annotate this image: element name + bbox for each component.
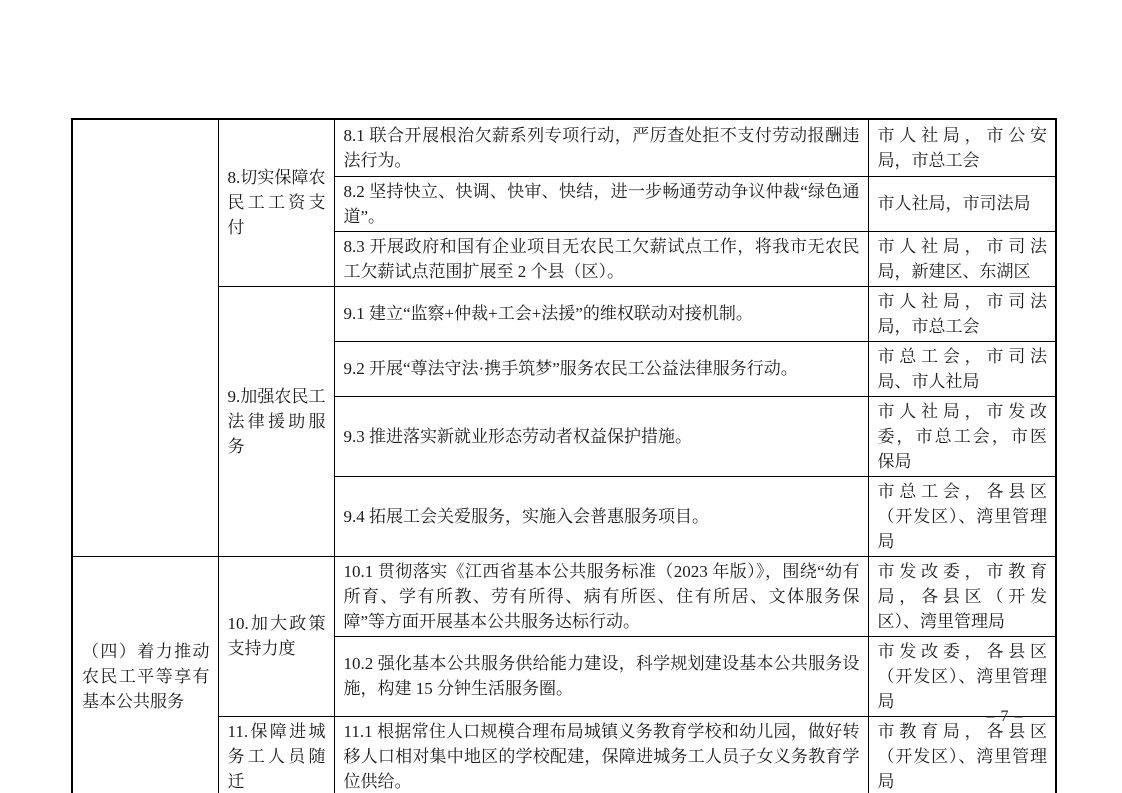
depts-cell-9-2: 市总工会，市司法局、市人社局	[868, 341, 1056, 396]
action-plan-table-container: 8.切实保障农民工工资支付 8.1 联合开展根治欠薪系列专项行动，严厉查处拒不支…	[71, 118, 1057, 793]
task-cell-10: 10.加大政策支持力度	[218, 556, 334, 716]
table-row: 8.切实保障农民工工资支付 8.1 联合开展根治欠薪系列专项行动，严厉查处拒不支…	[72, 119, 1056, 176]
depts-cell-10-2: 市发改委，各县区（开发区）、湾里管理局	[868, 636, 1056, 716]
depts-cell-9-3: 市人社局，市发改委，市总工会，市医保局	[868, 396, 1056, 476]
measure-cell-9-1: 9.1 建立“监察+仲裁+工会+法援”的维权联动对接机制。	[334, 286, 868, 341]
depts-cell-9-1: 市人社局，市司法局，市总工会	[868, 286, 1056, 341]
depts-cell-8-1: 市人社局，市公安局，市总工会	[868, 119, 1056, 176]
measure-cell-8-1: 8.1 联合开展根治欠薪系列专项行动，严厉查处拒不支付劳动报酬违法行为。	[334, 119, 868, 176]
depts-cell-8-3: 市人社局，市司法局，新建区、东湖区	[868, 231, 1056, 286]
action-plan-table: 8.切实保障农民工工资支付 8.1 联合开展根治欠薪系列专项行动，严厉查处拒不支…	[71, 118, 1057, 793]
table-row: 9.加强农民工法律援助服务 9.1 建立“监察+仲裁+工会+法援”的维权联动对接…	[72, 286, 1056, 341]
table-row: 11.保障进城务工人员随迁 11.1 根据常住人口规模合理布局城镇义务教育学校和…	[72, 716, 1056, 793]
task-cell-8: 8.切实保障农民工工资支付	[218, 119, 334, 286]
document-page: { "page": { "page_number": "– 7 –", "bac…	[0, 0, 1122, 793]
measure-cell-10-2: 10.2 强化基本公共服务供给能力建设，科学规划建设基本公共服务设施，构建 15…	[334, 636, 868, 716]
measure-cell-8-2: 8.2 坚持快立、快调、快审、快结，进一步畅通劳动争议仲裁“绿色通道”。	[334, 176, 868, 231]
depts-cell-11-1: 市教育局，各县区（开发区）、湾里管理局	[868, 716, 1056, 793]
table-row: （四）着力推动农民工平等享有基本公共服务 10.加大政策支持力度 10.1 贯彻…	[72, 556, 1056, 636]
measure-cell-9-4: 9.4 拓展工会关爱服务，实施入会普惠服务项目。	[334, 476, 868, 556]
category-cell-4: （四）着力推动农民工平等享有基本公共服务	[72, 556, 218, 793]
measure-cell-10-1: 10.1 贯彻落实《江西省基本公共服务标准（2023 年版）》，围绕“幼有所育、…	[334, 556, 868, 636]
measure-cell-11-1: 11.1 根据常住人口规模合理布局城镇义务教育学校和幼儿园，做好转移人口相对集中…	[334, 716, 868, 793]
depts-cell-9-4: 市总工会，各县区（开发区）、湾里管理局	[868, 476, 1056, 556]
task-cell-11: 11.保障进城务工人员随迁	[218, 716, 334, 793]
measure-cell-9-3: 9.3 推进落实新就业形态劳动者权益保护措施。	[334, 396, 868, 476]
category-cell-continued	[72, 119, 218, 556]
page-number: – 7 –	[975, 708, 1035, 726]
depts-cell-10-1: 市发改委，市教育局，各县区（开发区）、湾里管理局	[868, 556, 1056, 636]
task-cell-9: 9.加强农民工法律援助服务	[218, 286, 334, 556]
depts-cell-8-2: 市人社局，市司法局	[868, 176, 1056, 231]
measure-cell-8-3: 8.3 开展政府和国有企业项目无农民工欠薪试点工作，将我市无农民工欠薪试点范围扩…	[334, 231, 868, 286]
measure-cell-9-2: 9.2 开展“尊法守法·携手筑梦”服务农民工公益法律服务行动。	[334, 341, 868, 396]
